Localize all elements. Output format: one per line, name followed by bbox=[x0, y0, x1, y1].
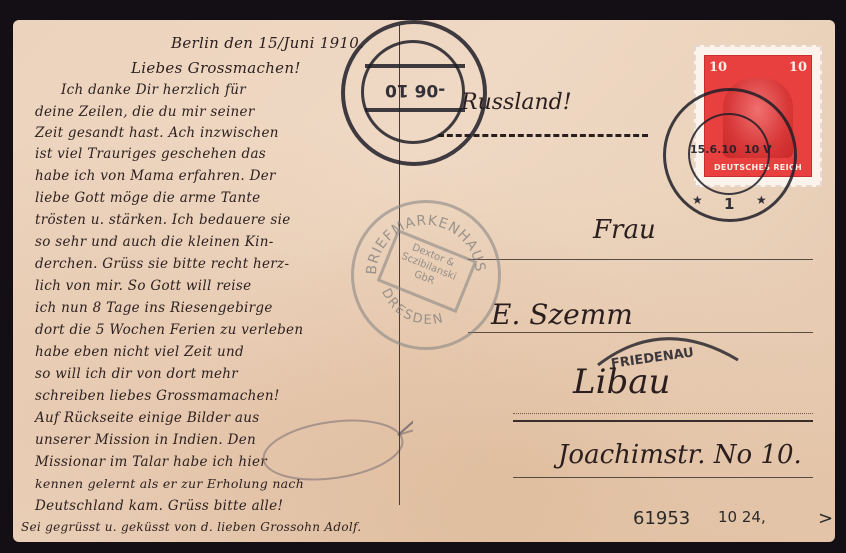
message-line: deine Zeilen, die du mir seiner bbox=[35, 104, 255, 120]
address-line-3 bbox=[513, 420, 813, 422]
postmark-arrival-date: -06 10 bbox=[385, 80, 445, 100]
pencil-arrow-mark bbox=[213, 360, 413, 490]
message-line: Sei gegrüsst u. geküsst von d. lieben Gr… bbox=[21, 520, 361, 534]
inventory-number: 61953 bbox=[633, 508, 690, 529]
address-dotted-line bbox=[513, 413, 813, 414]
address-street: Joachimstr. No 10. bbox=[558, 440, 802, 470]
postmark-arrival: -06 10 bbox=[341, 20, 487, 166]
message-line: habe eben nicht viel Zeit und bbox=[35, 344, 244, 360]
message-line: Zeit gesandt hast. Ach inzwischen bbox=[35, 125, 279, 141]
message-line: Ich danke Dir herzlich für bbox=[61, 82, 246, 98]
message-line: lich von mir. So Gott will reise bbox=[35, 278, 251, 294]
message-line: so will ich dir von dort mehr bbox=[35, 366, 238, 382]
message-line: Liebes Grossmachen! bbox=[131, 59, 301, 77]
address-line-1 bbox=[468, 259, 813, 260]
pencil-mark: > bbox=[818, 508, 833, 529]
dealer-stamp: BRIEFMARKENHAUS DRESDEN Dextor & Sczibil… bbox=[351, 200, 501, 350]
postmark-friedenau: 15.6.10 10 V 1 ★ ★ bbox=[663, 88, 797, 222]
message-line: liebe Gott möge die arme Tante bbox=[35, 190, 260, 206]
message-line: derchen. Grüss sie bitte recht herz- bbox=[35, 256, 289, 272]
postcard: Berlin den 15/Juni 1910. Liebes Grossmac… bbox=[13, 20, 835, 542]
stamp-value-right: 10 bbox=[789, 60, 807, 75]
message-line: ist viel Trauriges geschehen das bbox=[35, 146, 266, 162]
postmark-time: 10 V bbox=[744, 143, 772, 156]
message-line: so sehr und auch die kleinen Kin- bbox=[35, 234, 274, 250]
stamp-value-left: 10 bbox=[709, 60, 727, 75]
price-note: 10 24, bbox=[718, 508, 766, 526]
message-line: ich nun 8 Tage ins Riesengebirge bbox=[35, 300, 273, 316]
message-line: Deutschland kam. Grüss bitte alle! bbox=[35, 498, 283, 514]
message-line: trösten u. stärken. Ich bedauere sie bbox=[35, 212, 291, 228]
message-line: Berlin den 15/Juni 1910. bbox=[171, 34, 364, 52]
postmark-office: 1 bbox=[724, 195, 734, 213]
message-line: habe ich von Mama erfahren. Der bbox=[35, 168, 276, 184]
address-line-4 bbox=[513, 477, 813, 478]
postmark-date: 15.6.10 bbox=[690, 143, 737, 156]
address-salutation: Frau bbox=[593, 215, 656, 245]
postmark-partial-arc: FRIEDENAU bbox=[593, 320, 743, 380]
message-line: dort die 5 Wochen Ferien zu verleben bbox=[35, 322, 303, 338]
